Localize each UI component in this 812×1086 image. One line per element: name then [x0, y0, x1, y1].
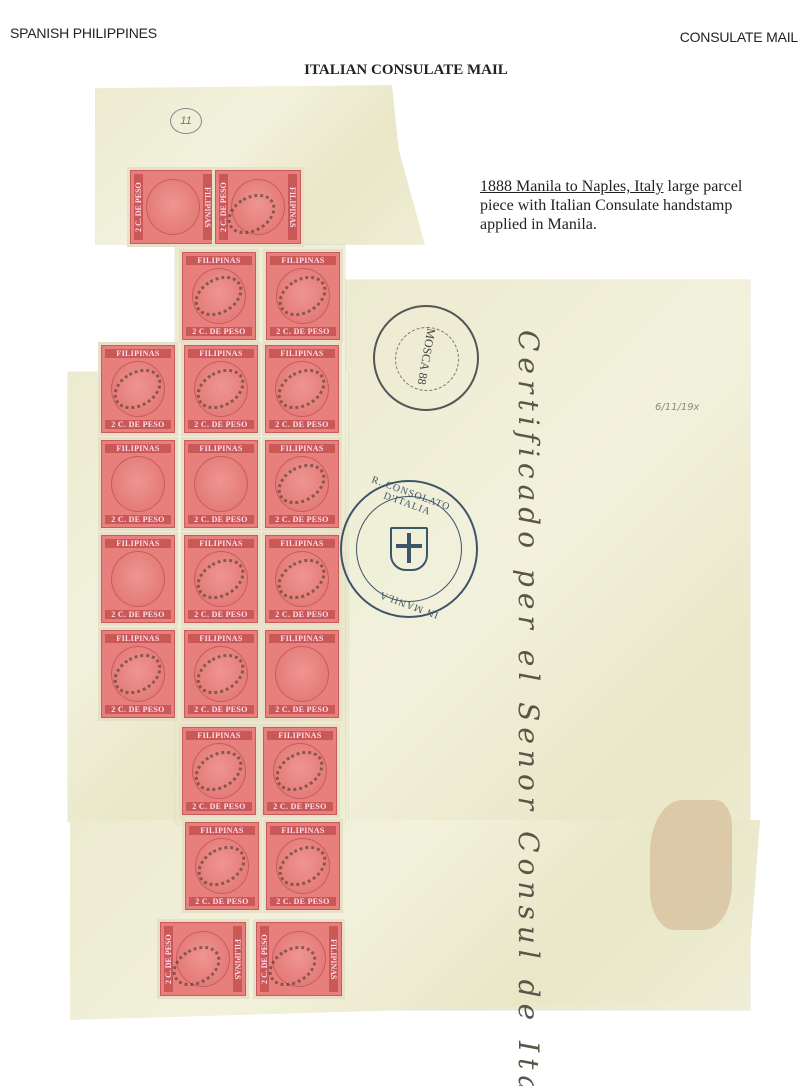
stamp-value: 2 C. DE PESO: [270, 327, 336, 336]
stamp-country: FILIPINAS: [329, 926, 338, 992]
portrait: [111, 551, 165, 607]
stamp-value: 2 C. DE PESO: [189, 897, 255, 906]
stamp-value: 2 C. DE PESO: [270, 897, 336, 906]
stamp: 2 C. DE PESOFILIPINAS: [215, 170, 301, 244]
stamp: 2 C. DE PESOFILIPINAS: [160, 922, 246, 996]
stamp: FILIPINAS2 C. DE PESO: [101, 630, 175, 718]
stamp-value: 2 C. DE PESO: [186, 802, 252, 811]
stamp-country: FILIPINAS: [105, 539, 171, 548]
stamp: FILIPINAS2 C. DE PESO: [265, 535, 339, 623]
stamp-value: 2 C. DE PESO: [105, 515, 171, 524]
stamp: FILIPINAS2 C. DE PESO: [101, 440, 175, 528]
stamp-country: FILIPINAS: [269, 634, 335, 643]
stamp: FILIPINAS2 C. DE PESO: [101, 345, 175, 433]
stamp-value: 2 C. DE PESO: [188, 705, 254, 714]
stamp-country: FILIPINAS: [270, 826, 336, 835]
stamp: FILIPINAS2 C. DE PESO: [184, 345, 258, 433]
stamp: FILIPINAS2 C. DE PESO: [266, 252, 340, 340]
stamp-country: FILIPINAS: [188, 444, 254, 453]
stamp: FILIPINAS2 C. DE PESO: [184, 535, 258, 623]
stain: [650, 800, 732, 930]
stamp: FILIPINAS2 C. DE PESO: [263, 727, 337, 815]
stamp-country: FILIPINAS: [188, 634, 254, 643]
stamp-country: FILIPINAS: [288, 174, 297, 240]
stamp-value: 2 C. DE PESO: [188, 610, 254, 619]
stamp-value: 2 C. DE PESO: [260, 926, 269, 992]
stamp-country: FILIPINAS: [188, 349, 254, 358]
stamp-value: 2 C. DE PESO: [269, 515, 335, 524]
stamp-value: 2 C. DE PESO: [105, 610, 171, 619]
stamp-country: FILIPINAS: [105, 349, 171, 358]
stamp-country: FILIPINAS: [186, 256, 252, 265]
stamp-value: 2 C. DE PESO: [219, 174, 228, 240]
stamp: FILIPINAS2 C. DE PESO: [101, 535, 175, 623]
stamp: FILIPINAS2 C. DE PESO: [266, 822, 340, 910]
pencil-circled-number: 11: [170, 108, 202, 134]
stamp-country: FILIPINAS: [105, 634, 171, 643]
stamp-country: FILIPINAS: [270, 256, 336, 265]
stamp-value: 2 C. DE PESO: [164, 926, 173, 992]
stamp-country: FILIPINAS: [269, 444, 335, 453]
page-title: ITALIAN CONSULATE MAIL: [0, 62, 812, 79]
stamp: FILIPINAS2 C. DE PESO: [182, 252, 256, 340]
stamp-country: FILIPINAS: [105, 444, 171, 453]
stamp-value: 2 C. DE PESO: [267, 802, 333, 811]
stamp-value: 2 C. DE PESO: [269, 610, 335, 619]
stamp: FILIPINAS2 C. DE PESO: [184, 440, 258, 528]
savoy-cross-shield-icon: [390, 527, 428, 571]
postmark: MOSCA 88: [373, 305, 479, 411]
portrait: [111, 456, 165, 512]
portrait: [275, 646, 329, 702]
stamp: FILIPINAS2 C. DE PESO: [265, 630, 339, 718]
consulate-handstamp: R. CONSOLATO D'ITALIA IN MANILA: [340, 480, 478, 618]
header-right: CONSULATE MAIL: [680, 29, 798, 45]
manuscript-address: Certificado per el Senor Consul de Itali…: [512, 330, 545, 890]
stamp-value: 2 C. DE PESO: [105, 420, 171, 429]
stamp-country: FILIPINAS: [189, 826, 255, 835]
stamp: FILIPINAS2 C. DE PESO: [182, 727, 256, 815]
caption: 1888 Manila to Naples, Italy large parce…: [480, 177, 780, 234]
stamp-value: 2 C. DE PESO: [188, 515, 254, 524]
stamp-country: FILIPINAS: [267, 731, 333, 740]
stamp-value: 2 C. DE PESO: [269, 705, 335, 714]
portrait: [146, 179, 200, 235]
stamp-country: FILIPINAS: [203, 174, 212, 240]
stamp: FILIPINAS2 C. DE PESO: [184, 630, 258, 718]
stamp: 2 C. DE PESOFILIPINAS: [256, 922, 342, 996]
portrait: [194, 456, 248, 512]
stamp: 2 C. DE PESOFILIPINAS: [130, 170, 216, 244]
stamp-value: 2 C. DE PESO: [134, 174, 143, 240]
stamp-country: FILIPINAS: [269, 539, 335, 548]
stamp: FILIPINAS2 C. DE PESO: [265, 345, 339, 433]
stamp-country: FILIPINAS: [186, 731, 252, 740]
header-left: SPANISH PHILIPPINES: [10, 25, 157, 41]
stamp: FILIPINAS2 C. DE PESO: [265, 440, 339, 528]
stamp-value: 2 C. DE PESO: [186, 327, 252, 336]
stamp-country: FILIPINAS: [233, 926, 242, 992]
stamp-value: 2 C. DE PESO: [105, 705, 171, 714]
stamp-value: 2 C. DE PESO: [188, 420, 254, 429]
stamp-value: 2 C. DE PESO: [269, 420, 335, 429]
caption-underlined: 1888 Manila to Naples, Italy: [480, 178, 664, 195]
stamp-country: FILIPINAS: [269, 349, 335, 358]
stamp: FILIPINAS2 C. DE PESO: [185, 822, 259, 910]
stamp-country: FILIPINAS: [188, 539, 254, 548]
pencil-margin-note: 6/11/19x: [655, 402, 699, 413]
